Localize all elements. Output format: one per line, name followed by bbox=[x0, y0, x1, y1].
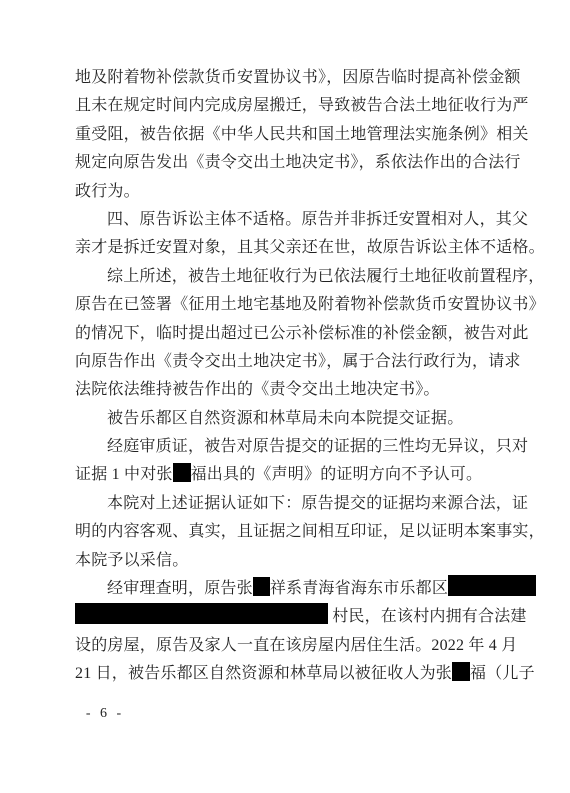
line-text: 福出具的《声明》的证明方向不予认可。 bbox=[191, 466, 483, 483]
text-line: 原告在已签署《征用土地宅基地及附着物补偿款货币安置协议书》 bbox=[75, 291, 545, 319]
text-line: 法院依法维持被告作出的《责令交出土地决定书》。 bbox=[75, 376, 545, 404]
text-line: 经审理查明，原告张祥系青海省海东市乐都区 bbox=[75, 575, 545, 603]
line-text: 21 日，被告乐都区自然资源和林草局以被征收人为张 bbox=[75, 665, 452, 682]
redaction-box bbox=[75, 603, 328, 624]
page-number: - 6 - bbox=[75, 706, 135, 722]
text-line: 且未在规定时间内完成房屋搬迁，导致被告合法土地征收行为严 bbox=[75, 92, 545, 120]
redaction-box bbox=[253, 577, 270, 596]
redaction-box bbox=[448, 575, 536, 596]
line-text: 明的内容客观、真实，且证据之间相互印证，足以证明本案事实， bbox=[75, 523, 545, 540]
line-text: 福（儿子 bbox=[470, 665, 535, 682]
text-line: 四、原告诉讼主体不适格。原告并非拆迁安置相对人，其父 bbox=[75, 206, 545, 234]
line-text: 政行为。 bbox=[75, 183, 140, 200]
text-line: 亲才是拆迁安置对象，且其父亲还在世，故原告诉讼主体不适格。 bbox=[75, 234, 545, 262]
line-text: 经审理查明，原告张 bbox=[107, 580, 253, 597]
line-text: 设的房屋，原告及家人一直在该房屋内居住生活。2022 年 4 月 bbox=[75, 637, 517, 654]
text-line: 重受阻，被告依据《中华人民共和国土地管理法实施条例》相关 bbox=[75, 121, 545, 149]
line-text: 四、原告诉讼主体不适格。原告并非拆迁安置相对人，其父 bbox=[107, 211, 528, 228]
document-page: 地及附着物补偿款货币安置协议书》，因原告临时提高补偿金额且未在规定时间内完成房屋… bbox=[0, 0, 570, 793]
text-line: 本院予以采信。 bbox=[75, 547, 545, 575]
line-text: 且未在规定时间内完成房屋搬迁，导致被告合法土地征收行为严 bbox=[75, 97, 529, 114]
document-body: 地及附着物补偿款货币安置协议书》，因原告临时提高补偿金额且未在规定时间内完成房屋… bbox=[75, 64, 545, 689]
text-line: 综上所述，被告土地征收行为已依法履行土地征收前置程序， bbox=[75, 263, 545, 291]
text-line: 的情况下，临时提出超过已公示补偿标准的补偿金额，被告对此 bbox=[75, 320, 545, 348]
redaction-box bbox=[173, 463, 191, 482]
text-line: 本院对上述证据认证如下：原告提交的证据均来源合法，证 bbox=[75, 490, 545, 518]
line-text: 的情况下，临时提出超过已公示补偿标准的补偿金额，被告对此 bbox=[75, 325, 529, 342]
text-line: 村民，在该村内拥有合法建 bbox=[75, 603, 545, 631]
line-text: 证据 1 中对张 bbox=[75, 466, 173, 483]
text-line: 规定向原告发出《责令交出土地决定书》，系依法作出的合法行 bbox=[75, 149, 545, 177]
line-text: 本院予以采信。 bbox=[75, 552, 188, 569]
line-text: 规定向原告发出《责令交出土地决定书》，系依法作出的合法行 bbox=[75, 154, 521, 171]
text-line: 经庭审质证，被告对原告提交的证据的三性均无异议，只对 bbox=[75, 433, 545, 461]
line-text: 原告在已签署《征用土地宅基地及附着物补偿款货币安置协议书》 bbox=[75, 296, 545, 313]
text-line: 21 日，被告乐都区自然资源和林草局以被征收人为张福（儿子 bbox=[75, 660, 545, 688]
text-line: 被告乐都区自然资源和林草局未向本院提交证据。 bbox=[75, 405, 545, 433]
line-text: 村民，在该村内拥有合法建 bbox=[328, 608, 527, 625]
line-text: 地及附着物补偿款货币安置协议书》，因原告临时提高补偿金额 bbox=[75, 69, 521, 86]
text-line: 地及附着物补偿款货币安置协议书》，因原告临时提高补偿金额 bbox=[75, 64, 545, 92]
line-text: 法院依法维持被告作出的《责令交出土地决定书》。 bbox=[75, 381, 440, 398]
text-line: 证据 1 中对张福出具的《声明》的证明方向不予认可。 bbox=[75, 461, 545, 489]
line-text: 向原告作出《责令交出土地决定书》，属于合法行政行为，请求 bbox=[75, 353, 521, 370]
text-line: 政行为。 bbox=[75, 178, 545, 206]
line-text: 亲才是拆迁安置对象，且其父亲还在世，故原告诉讼主体不适格。 bbox=[75, 239, 545, 256]
line-text: 综上所述，被告土地征收行为已依法履行土地征收前置程序， bbox=[107, 268, 544, 285]
line-text: 经庭审质证，被告对原告提交的证据的三性均无异议，只对 bbox=[107, 438, 528, 455]
line-text: 重受阻，被告依据《中华人民共和国土地管理法实施条例》相关 bbox=[75, 126, 529, 143]
redaction-box bbox=[452, 662, 470, 681]
text-line: 向原告作出《责令交出土地决定书》，属于合法行政行为，请求 bbox=[75, 348, 545, 376]
text-line: 设的房屋，原告及家人一直在该房屋内居住生活。2022 年 4 月 bbox=[75, 632, 545, 660]
line-text: 被告乐都区自然资源和林草局未向本院提交证据。 bbox=[107, 410, 463, 427]
line-text: 本院对上述证据认证如下：原告提交的证据均来源合法，证 bbox=[107, 495, 528, 512]
text-line: 明的内容客观、真实，且证据之间相互印证，足以证明本案事实， bbox=[75, 518, 545, 546]
line-text: 祥系青海省海东市乐都区 bbox=[270, 580, 448, 597]
